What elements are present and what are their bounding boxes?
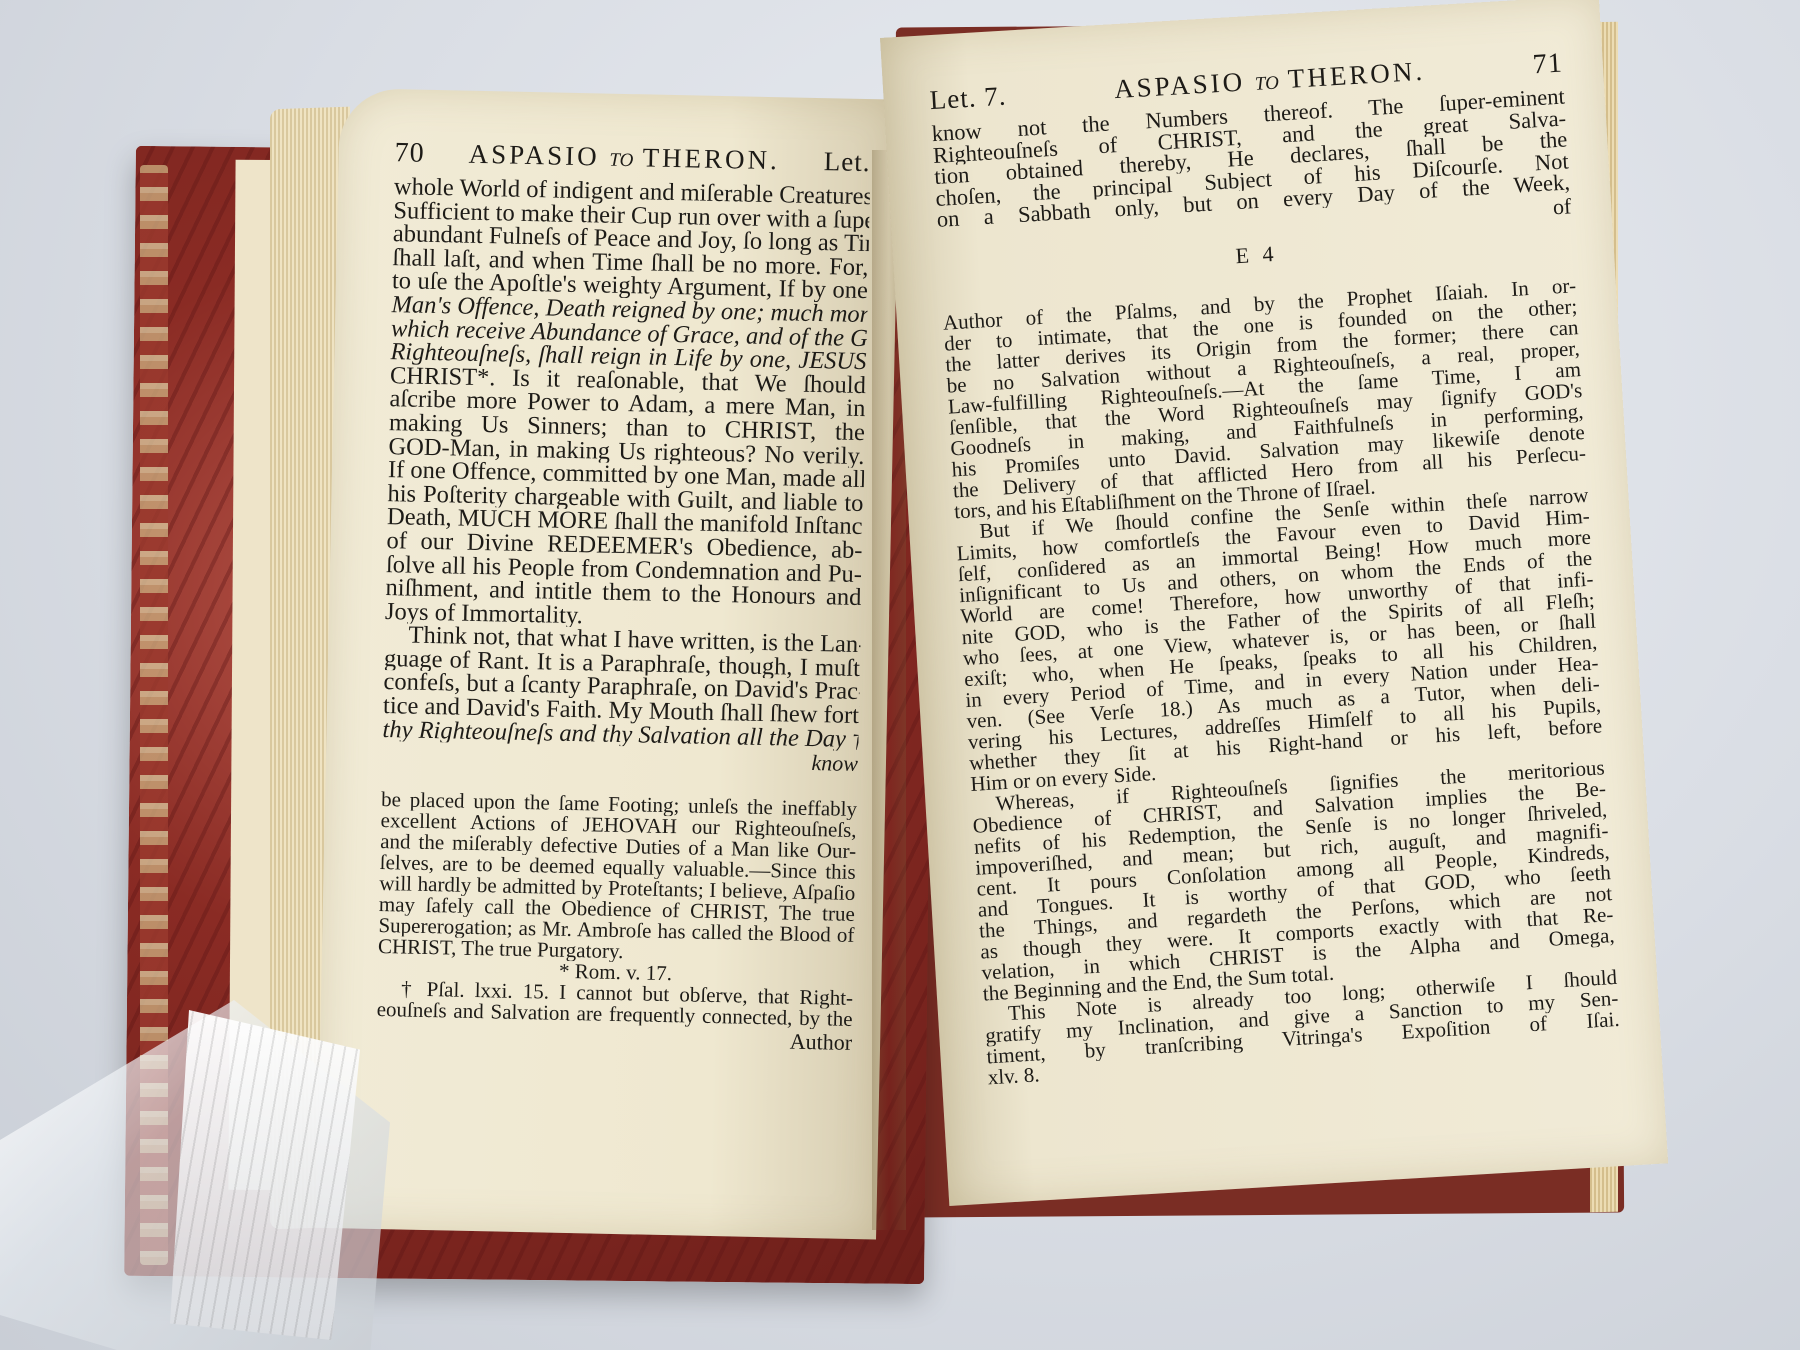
- footnote-text: Author of the Pſalms, and by the Prophet…: [942, 275, 1587, 522]
- left-page: 70 ASPASIO to THERON. Let. whole World o…: [316, 88, 900, 1239]
- paragraph-whereas: Whereas, if Righteouſneſs ſignifies the …: [971, 757, 1616, 1004]
- footnote-continued: be placed upon the ſame Footing; unleſs …: [376, 789, 857, 1056]
- body-text: whole World of indigent and miſerable Cr…: [385, 175, 870, 633]
- photo-scene: 70 ASPASIO to THERON. Let. whole World o…: [0, 0, 1800, 1350]
- right-page: Let. 7. ASPASIO to THERON. 71 know not t…: [880, 0, 1668, 1206]
- letter-number: Let. 7.: [929, 81, 1007, 116]
- running-title: ASPASIO to THERON.: [468, 139, 780, 177]
- page-number: 71: [1532, 48, 1564, 82]
- acrylic-block-face: [170, 1010, 360, 1340]
- paragraph-think-not: Think not, that what I have written, is …: [382, 623, 861, 777]
- left-running-head: 70 ASPASIO to THERON. Let.: [394, 137, 871, 179]
- body-text: know not the Numbers thereof. The ſuper-…: [931, 86, 1574, 287]
- paragraph-but-if: But if We ſhould confine the Senſe withi…: [955, 485, 1604, 795]
- letter-number: Let.: [823, 146, 870, 178]
- page-number: 70: [394, 137, 425, 170]
